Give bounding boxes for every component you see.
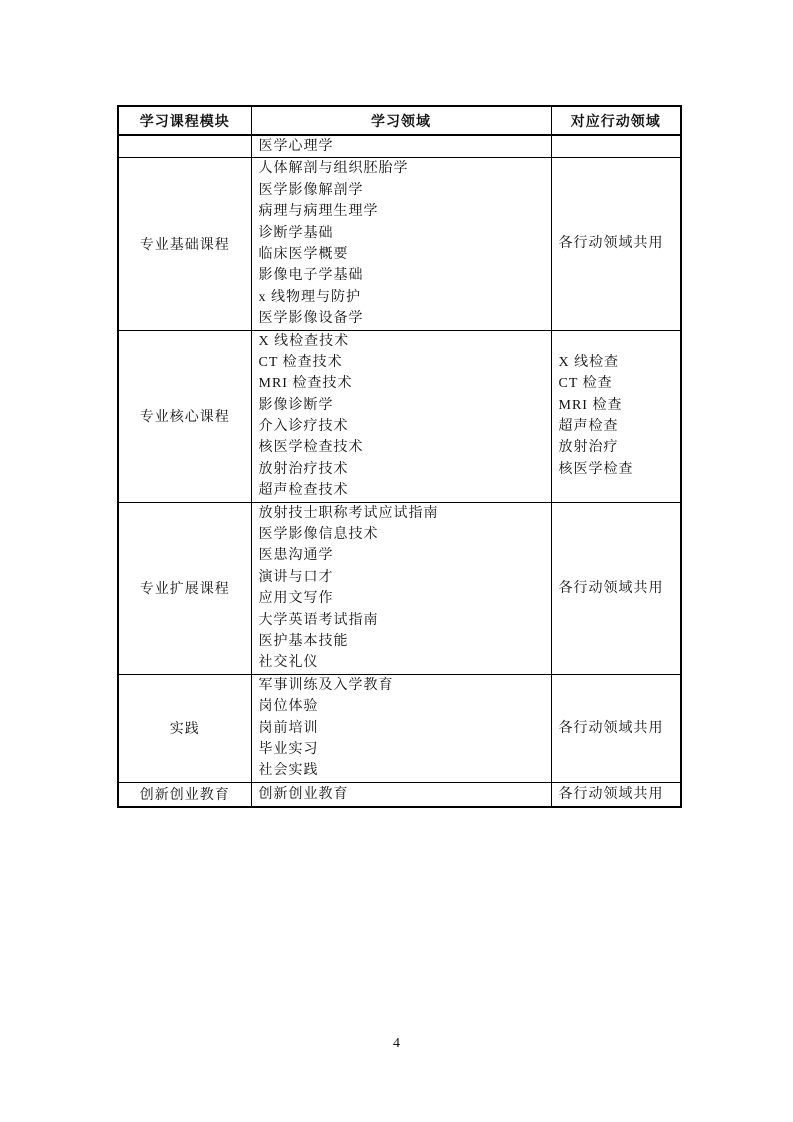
course-module-table: 学习课程模块 学习领域 对应行动领域 医学心理学 专业基础课程 人体解剖与组织胚…	[117, 105, 682, 808]
actions-cell: 各行动领域共用	[551, 782, 681, 807]
action-item: 各行动领域共用	[559, 718, 681, 739]
action-item: 各行动领域共用	[559, 233, 681, 254]
course-item: 超声检查技术	[259, 480, 551, 501]
course-item: 毕业实习	[259, 739, 551, 760]
course-item: x 线物理与防护	[259, 287, 551, 308]
course-item: 介入诊疗技术	[259, 416, 551, 437]
header-action-domain: 对应行动领域	[551, 106, 681, 135]
course-item: 核医学检查技术	[259, 437, 551, 458]
table-row: 创新创业教育 创新创业教育 各行动领域共用	[118, 782, 681, 807]
course-item: CT 检查技术	[259, 352, 551, 373]
domains-cell: 放射技士职称考试应试指南 医学影像信息技术 医患沟通学 演讲与口才 应用文写作 …	[251, 502, 551, 674]
table-header-row: 学习课程模块 学习领域 对应行动领域	[118, 106, 681, 135]
course-item: 医学影像信息技术	[259, 524, 551, 545]
course-item: 医患沟通学	[259, 545, 551, 566]
domains-cell: 医学心理学	[251, 135, 551, 158]
module-cell: 创新创业教育	[118, 782, 251, 807]
action-item: X 线检查	[559, 352, 681, 373]
table-row: 专业扩展课程 放射技士职称考试应试指南 医学影像信息技术 医患沟通学 演讲与口才…	[118, 502, 681, 674]
action-item: 各行动领域共用	[559, 578, 681, 599]
actions-cell: 各行动领域共用	[551, 502, 681, 674]
course-item: 大学英语考试指南	[259, 610, 551, 631]
course-item: 医护基本技能	[259, 631, 551, 652]
course-item: 病理与病理生理学	[259, 201, 551, 222]
course-item: 岗位体验	[259, 696, 551, 717]
table-row: 实践 军事训练及入学教育 岗位体验 岗前培训 毕业实习 社会实践 各行动领域共用	[118, 674, 681, 782]
header-learning-domain: 学习领域	[251, 106, 551, 135]
header-course-module: 学习课程模块	[118, 106, 251, 135]
course-item: X 线检查技术	[259, 331, 551, 352]
course-item: 社交礼仪	[259, 652, 551, 673]
course-item: 岗前培训	[259, 718, 551, 739]
course-item: 医学心理学	[259, 136, 551, 157]
module-cell	[118, 135, 251, 158]
table-row: 专业核心课程 X 线检查技术 CT 检查技术 MRI 检查技术 影像诊断学 介入…	[118, 330, 681, 502]
course-item: 放射治疗技术	[259, 459, 551, 480]
course-item: 临床医学概要	[259, 244, 551, 265]
actions-cell: 各行动领域共用	[551, 158, 681, 330]
page-number: 4	[0, 1036, 793, 1052]
course-item: 人体解剖与组织胚胎学	[259, 158, 551, 179]
course-item: 社会实践	[259, 760, 551, 781]
actions-cell	[551, 135, 681, 158]
course-item: 创新创业教育	[259, 784, 551, 805]
document-page: 学习课程模块 学习领域 对应行动领域 医学心理学 专业基础课程 人体解剖与组织胚…	[0, 0, 793, 1122]
course-item: 演讲与口才	[259, 567, 551, 588]
course-item: 放射技士职称考试应试指南	[259, 503, 551, 524]
course-item: 影像诊断学	[259, 395, 551, 416]
table-header: 学习课程模块 学习领域 对应行动领域	[118, 106, 681, 135]
course-item: 医学影像解剖学	[259, 180, 551, 201]
domains-cell: X 线检查技术 CT 检查技术 MRI 检查技术 影像诊断学 介入诊疗技术 核医…	[251, 330, 551, 502]
action-item: CT 检查	[559, 373, 681, 394]
course-item: 军事训练及入学教育	[259, 675, 551, 696]
course-item: 诊断学基础	[259, 223, 551, 244]
course-item: MRI 检查技术	[259, 373, 551, 394]
course-item: 医学影像设备学	[259, 308, 551, 329]
actions-cell: X 线检查 CT 检查 MRI 检查 超声检查 放射治疗 核医学检查	[551, 330, 681, 502]
module-cell: 专业扩展课程	[118, 502, 251, 674]
course-item: 影像电子学基础	[259, 265, 551, 286]
domains-cell: 创新创业教育	[251, 782, 551, 807]
action-item: MRI 检查	[559, 395, 681, 416]
module-cell: 实践	[118, 674, 251, 782]
action-item: 各行动领域共用	[559, 784, 681, 805]
action-item: 放射治疗	[559, 437, 681, 458]
module-cell: 专业核心课程	[118, 330, 251, 502]
actions-cell: 各行动领域共用	[551, 674, 681, 782]
course-item: 应用文写作	[259, 588, 551, 609]
table-row: 医学心理学	[118, 135, 681, 158]
action-item: 核医学检查	[559, 459, 681, 480]
action-item: 超声检查	[559, 416, 681, 437]
domains-cell: 军事训练及入学教育 岗位体验 岗前培训 毕业实习 社会实践	[251, 674, 551, 782]
module-cell: 专业基础课程	[118, 158, 251, 330]
domains-cell: 人体解剖与组织胚胎学 医学影像解剖学 病理与病理生理学 诊断学基础 临床医学概要…	[251, 158, 551, 330]
table-row: 专业基础课程 人体解剖与组织胚胎学 医学影像解剖学 病理与病理生理学 诊断学基础…	[118, 158, 681, 330]
